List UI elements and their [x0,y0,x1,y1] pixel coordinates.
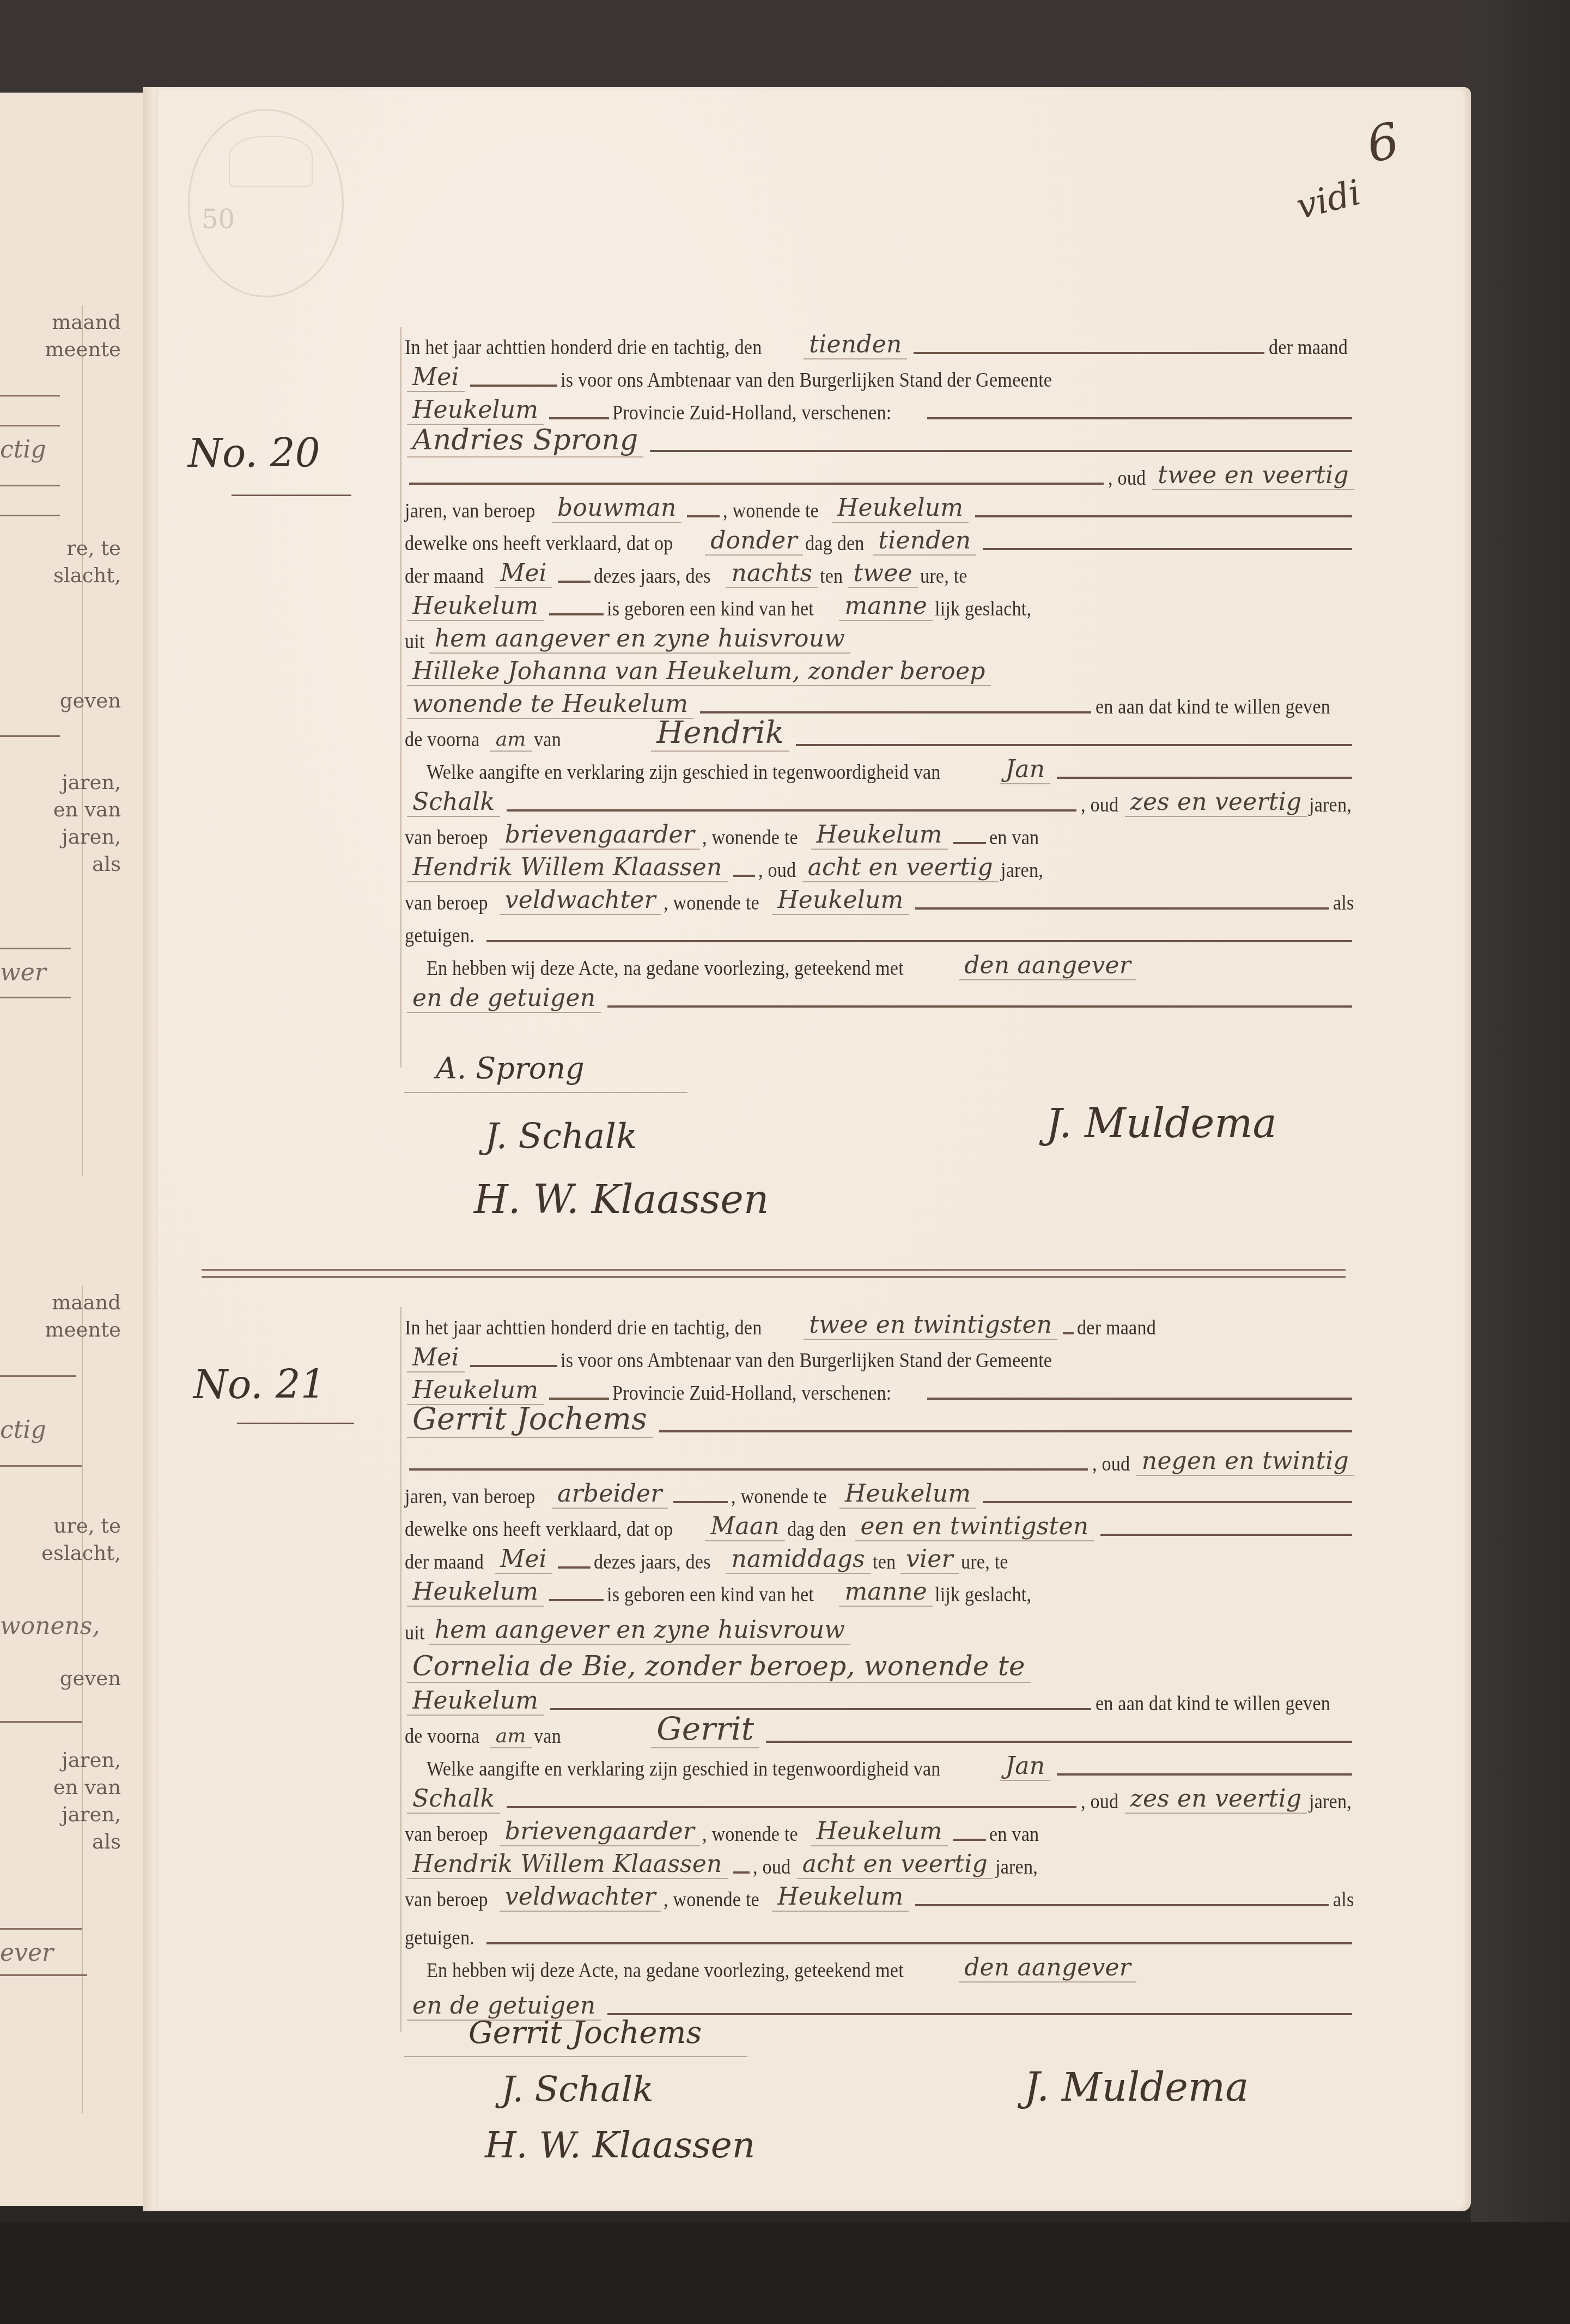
record-frame [400,1307,401,2032]
record-number: No. 20 [188,430,320,476]
birth-day-entry: een en twintigsten [855,1512,1094,1541]
witness1-age: zes en veertig [1125,1785,1307,1814]
record-frame [400,327,401,1068]
signed-with-entry: en de getuigen [407,984,601,1013]
record-separator [202,1269,1346,1278]
declarant-name: Andries Sprong [407,424,643,458]
left-hand-fragment: wer [0,959,46,986]
time-of-day-entry: namiddags [726,1545,870,1574]
weekday-entry: Maan [705,1512,785,1541]
witness1-occupation: brievengaarder [500,821,700,850]
print-text: en aan dat kind te willen geven [1096,695,1330,719]
blank-rule [659,1430,1352,1432]
blank-rule [915,907,1329,910]
blank-rule [470,1365,557,1367]
record-line: de voorna am van Gerrit [405,1716,1356,1748]
left-hand-fragment: wonens, [0,1612,100,1640]
left-fragment: slacht, [53,564,121,587]
signature-rule [404,1092,687,1093]
print-text: ure, te [920,564,967,588]
name-suffix-entry: am [490,1725,532,1748]
record-line: dewelke ons heeft verklaard, dat op dond… [405,523,1356,556]
print-text: uit [405,1621,425,1645]
rule [0,425,60,426]
print-text: der maand [405,564,484,588]
blank-rule [507,809,1076,812]
blank-rule [733,875,755,877]
blank-rule [733,1871,750,1874]
signature-witness2: H. W. Klaassen [485,2124,755,2166]
print-text: , wonende te [731,1485,827,1509]
rule [0,395,60,397]
rule [0,997,71,998]
print-text: getuigen. [405,924,474,948]
signature-official: J. Muldema [1046,1100,1277,1147]
mother-entry: Cornelia de Bie, zonder beroep, wonende … [407,1650,1031,1683]
declarant-age: negen en twintig [1136,1447,1354,1476]
print-text: der maand [405,1550,484,1574]
left-fragment: meente [45,338,121,361]
signature-rule [404,2056,747,2057]
blank-rule [914,352,1264,354]
blank-rule [486,1942,1352,1944]
blank-rule [409,1468,1088,1471]
record-line: En hebben wij deze Acte, na gedane voorl… [405,948,1356,980]
record-line: Heukelum en aan dat kind te willen geven [405,1683,1356,1716]
witness1-residence: Heukelum [811,1817,948,1846]
blank-rule [953,1839,986,1841]
witness2-age: acht en veertig [802,853,999,882]
print-text: van beroep [405,1888,488,1912]
rule [0,1465,82,1467]
print-text: van [534,1724,561,1748]
left-fragment: maand [52,310,121,334]
record-line: van beroep brievengaarder , wonende te H… [405,817,1356,850]
print-text: dezes jaars, des [594,564,711,588]
parents-entry: hem aangever en zyne huisvrouw [429,1616,850,1645]
municipality-entry: Heukelum [407,396,544,425]
left-fragment: jaren, [62,1748,121,1772]
margin-line [82,305,83,1176]
blank-rule [983,548,1352,550]
witness1-surname: Schalk [407,1785,500,1814]
blank-rule [549,1599,604,1601]
declarant-age: twee en veertig [1152,461,1354,490]
day-entry: tienden [804,331,907,359]
witness1-firstname: Jan [1000,755,1050,784]
record-number-rule [237,1423,354,1424]
record-line: , oud twee en veertig [405,458,1356,490]
record-line: En hebben wij deze Acte, na gedane voorl… [405,1950,1356,1983]
record-line: Heukelum is geboren een kind van het man… [405,588,1356,621]
print-text: is voor ons Ambtenaar van den Burgerlijk… [561,1349,1052,1373]
day-entry: twee en twintigsten [804,1311,1057,1340]
witness2-name: Hendrik Willem Klaassen [407,1850,728,1879]
record-line: Schalk , oud zes en veertig jaren, [405,784,1356,817]
record-number-rule [232,495,351,496]
blank-rule [607,2013,1352,2015]
print-text: als [1333,891,1354,915]
sex-entry: manne [839,1578,933,1607]
record-line: Heukelum Provincie Zuid-Holland, versche… [405,392,1356,425]
declarant-residence: Heukelum [839,1480,976,1509]
left-fragment: geven [60,1667,121,1690]
record-line: van beroep veldwachter , wonende te Heuk… [405,1879,1356,1912]
scan-background-bottom [0,2222,1570,2324]
blank-rule [409,483,1104,485]
print-text: , wonende te [664,891,759,915]
blank-rule [1057,1773,1352,1776]
witness1-residence: Heukelum [811,821,948,850]
rule [0,1928,82,1930]
rule [0,515,60,516]
margin-line [82,1285,83,2113]
record-line: uit hem aangever en zyne huisvrouw [405,1612,1356,1645]
print-text: is geboren een kind van het [607,1583,814,1607]
signature-witness1: J. Schalk [485,1117,637,1157]
blank-rule [927,1398,1352,1400]
print-text: ten [820,564,843,588]
print-text: Welke aangifte en verklaring zijn geschi… [427,1757,941,1781]
left-fragment: en van [53,798,121,821]
record-line: , oud negen en twintig [405,1443,1356,1476]
blank-rule [549,1398,609,1400]
print-text: de voorna [405,1724,479,1748]
blank-rule [796,744,1352,746]
blank-rule [983,1501,1352,1503]
record-line: de voorna am van Hendrik [405,719,1356,752]
blank-rule [549,417,609,419]
print-text: van beroep [405,891,488,915]
print-text: is geboren een kind van het [607,597,814,621]
record-line: der maand Mei dezes jaars, des namiddags… [405,1541,1356,1574]
signature-declarant: A. Sprong [436,1051,585,1085]
crown-emboss-icon [229,136,313,187]
left-fragment: maand [52,1291,121,1314]
print-text: is voor ons Ambtenaar van den Burgerlijk… [561,368,1052,392]
left-fragment: als [92,852,121,876]
record-line: Gerrit Jochems [405,1405,1356,1438]
record-line: In het jaar achttien honderd drie en tac… [405,327,1356,359]
print-text: jaren, [1001,858,1043,882]
left-fragment: ure, te [53,1514,121,1538]
left-fragment: jaren, [62,1803,121,1826]
record-line: van beroep veldwachter , wonende te Heuk… [405,882,1356,915]
record-line: Mei is voor ons Ambtenaar van den Burger… [405,359,1356,392]
print-text: van beroep [405,1822,488,1846]
left-fragment: meente [45,1318,121,1341]
time-of-day-entry: nachts [726,559,818,588]
print-text: en aan dat kind te willen geven [1096,1692,1330,1716]
print-text: lijk geslacht, [935,1583,1031,1607]
print-text: jaren, [1309,793,1352,817]
print-text: , oud [753,1855,790,1879]
blank-rule [470,385,557,387]
blank-rule [766,1741,1352,1743]
rule [0,1375,76,1377]
record-line: jaren, van beroep bouwman , wonende te H… [405,490,1356,523]
record-line: Mei is voor ons Ambtenaar van den Burger… [405,1340,1356,1373]
child-name: Hendrik [651,715,789,752]
print-text: ure, te [961,1550,1008,1574]
print-text: dewelke ons heeft verklaard, dat op [405,1517,673,1541]
print-text: van beroep [405,826,488,850]
print-text: als [1333,1888,1354,1912]
print-text: der maand [1269,336,1348,359]
blank-rule [558,581,591,583]
blank-rule [700,711,1091,713]
birth-month-entry: Mei [495,559,552,588]
blank-rule [549,613,604,615]
birthplace-entry: Heukelum [407,592,544,621]
record-line: Welke aangifte en verklaring zijn geschi… [405,752,1356,784]
blank-rule [486,940,1352,942]
record-line: der maand Mei dezes jaars, des nachts te… [405,556,1356,588]
record-line: Heukelum Provincie Zuid-Holland, versche… [405,1373,1356,1405]
declarant-occupation: bouwman [552,494,681,523]
blank-rule [953,842,986,844]
print-text: Provincie Zuid-Holland, verschenen: [612,1381,892,1405]
print-text: der maand [1077,1316,1156,1340]
print-text: , wonende te [702,1822,798,1846]
blank-rule [687,515,720,517]
left-hand-fragment: ever [0,1939,53,1967]
blank-rule [650,450,1352,452]
record-line: Cornelia de Bie, zonder beroep, wonende … [405,1650,1356,1683]
blank-rule [915,1904,1329,1906]
print-text: En hebben wij deze Acte, na gedane voorl… [427,1959,904,1983]
print-text: van [534,728,561,752]
print-text: , wonende te [664,1888,759,1912]
print-text: en van [989,1822,1039,1846]
witness1-age: zes en veertig [1125,788,1307,817]
print-text: dewelke ons heeft verklaard, dat op [405,532,673,556]
scan-background-top [0,0,1570,98]
blank-rule [507,1806,1076,1808]
blank-rule [1057,777,1352,779]
print-text: , wonende te [702,826,798,850]
print-text: , oud [758,858,796,882]
record-line: en de getuigen [405,980,1356,1013]
left-fragment: eslacht, [41,1541,121,1565]
blank-rule [927,417,1352,419]
mother-residence-entry: Heukelum [407,1687,544,1716]
record-line: Hendrik Willem Klaassen , oud acht en ve… [405,1846,1356,1879]
record-line: getuigen. [405,915,1356,948]
print-text: uit [405,630,425,654]
print-text: getuigen. [405,1926,474,1950]
print-text: Provincie Zuid-Holland, verschenen: [612,401,892,425]
left-page-fragment: maand meente ctig re, te slacht, geven j… [0,93,144,2206]
record-number: No. 21 [193,1362,325,1407]
name-suffix-entry: am [490,728,532,752]
rule [0,948,71,949]
witness1-occupation: brievengaarder [500,1817,700,1846]
witness2-occupation: veldwachter [500,1883,661,1912]
blank-rule [1100,1534,1352,1536]
print-text: lijk geslacht, [935,597,1031,621]
child-name: Gerrit [651,1710,759,1748]
print-text: , oud [1092,1452,1130,1476]
birth-day-entry: tienden [873,527,976,556]
print-text: dag den [787,1517,847,1541]
print-text: jaren, [1309,1790,1352,1814]
left-fragment: re, te [66,536,121,560]
record-21: In het jaar achttien honderd drie en tac… [400,1307,1356,2032]
left-fragment: en van [53,1776,121,1799]
record-line: uit hem aangever en zyne huisvrouw [405,621,1356,654]
left-fragment: als [92,1830,121,1853]
witness2-occupation: veldwachter [500,886,661,915]
parents-entry: hem aangever en zyne huisvrouw [429,625,850,654]
print-text: de voorna [405,728,479,752]
blank-rule [673,1501,728,1503]
record-line: jaren, van beroep arbeider , wonende te … [405,1476,1356,1509]
record-line: Andries Sprong [405,425,1356,458]
witness1-firstname: Jan [1000,1752,1050,1781]
record-line: In het jaar achttien honderd drie en tac… [405,1307,1356,1340]
record-line: Hendrik Willem Klaassen , oud acht en ve… [405,850,1356,882]
print-text: jaren, van beroep [405,1485,535,1509]
witness2-age: acht en veertig [797,1850,993,1879]
birthplace-entry: Heukelum [407,1578,544,1607]
rule [0,735,60,737]
sex-entry: manne [839,592,933,621]
print-text: , oud [1108,466,1146,490]
witness2-residence: Heukelum [772,1883,909,1912]
blank-rule [550,1708,1091,1710]
witness2-name: Hendrik Willem Klaassen [407,853,728,882]
left-fragment: geven [60,689,121,712]
print-text: , oud [1081,1790,1118,1814]
left-hand-fragment: ctig [0,436,46,463]
mother-entry: Hilleke Johanna van Heukelum, zonder ber… [407,657,991,686]
signature-declarant: Gerrit Jochems [468,2015,702,2051]
print-text: In het jaar achttien honderd drie en tac… [405,1316,762,1340]
print-text: Welke aangifte en verklaring zijn geschi… [427,760,941,784]
signed-with-entry: den aangever [959,1954,1136,1983]
blank-rule [607,1005,1352,1008]
print-text: dezes jaars, des [594,1550,711,1574]
scan-background-right [1471,0,1570,2324]
left-fragment: jaren, [62,771,121,794]
record-line: Hilleke Johanna van Heukelum, zonder ber… [405,654,1356,686]
print-text: , oud [1081,793,1118,817]
month-entry: Mei [407,1344,465,1373]
record-line: Heukelum is geboren een kind van het man… [405,1574,1356,1607]
record-line: Welke aangifte en verklaring zijn geschi… [405,1748,1356,1781]
signed-with-entry: den aangever [959,951,1136,980]
blank-rule [558,1566,591,1569]
print-text: In het jaar achttien honderd drie en tac… [405,336,762,359]
print-text: jaren, [995,1855,1038,1879]
rule [0,1721,82,1723]
blank-rule [1063,1332,1074,1334]
month-entry: Mei [407,363,465,392]
print-text: ten [873,1550,896,1574]
print-text: jaren, van beroep [405,499,535,523]
birth-month-entry: Mei [495,1545,552,1574]
print-text: en van [989,826,1039,850]
rule [0,1974,87,1976]
print-text: dag den [805,532,865,556]
declarant-occupation: arbeider [552,1480,667,1509]
declarant-residence: Heukelum [832,494,969,523]
record-line: getuigen. [405,1917,1356,1950]
print-text: En hebben wij deze Acte, na gedane voorl… [427,956,904,980]
seal-value: 50 [202,204,235,235]
record-line: van beroep brievengaarder , wonende te H… [405,1814,1356,1846]
signature-witness1: J. Schalk [501,2070,654,2110]
witness2-residence: Heukelum [772,886,909,915]
left-fragment: jaren, [62,825,121,849]
signature-witness2: H. W. Klaassen [474,1176,769,1222]
record-line: dewelke ons heeft verklaard, dat op Maan… [405,1509,1356,1541]
print-text: , wonende te [723,499,819,523]
signature-official: J. Muldema [1024,2064,1249,2110]
record-line: Schalk , oud zes en veertig jaren, [405,1781,1356,1814]
blank-rule [975,515,1352,517]
hour-entry: vier [900,1545,959,1574]
record-20: In het jaar achttien honderd drie en tac… [400,327,1356,1068]
declarant-name: Gerrit Jochems [407,1401,653,1438]
witness1-surname: Schalk [407,788,500,817]
hour-entry: twee [848,559,917,588]
record-line: wonende te Heukelum en aan dat kind te w… [405,686,1356,719]
left-hand-fragment: ctig [0,1416,46,1444]
weekday-entry: donder [705,527,802,556]
rule [0,485,60,486]
